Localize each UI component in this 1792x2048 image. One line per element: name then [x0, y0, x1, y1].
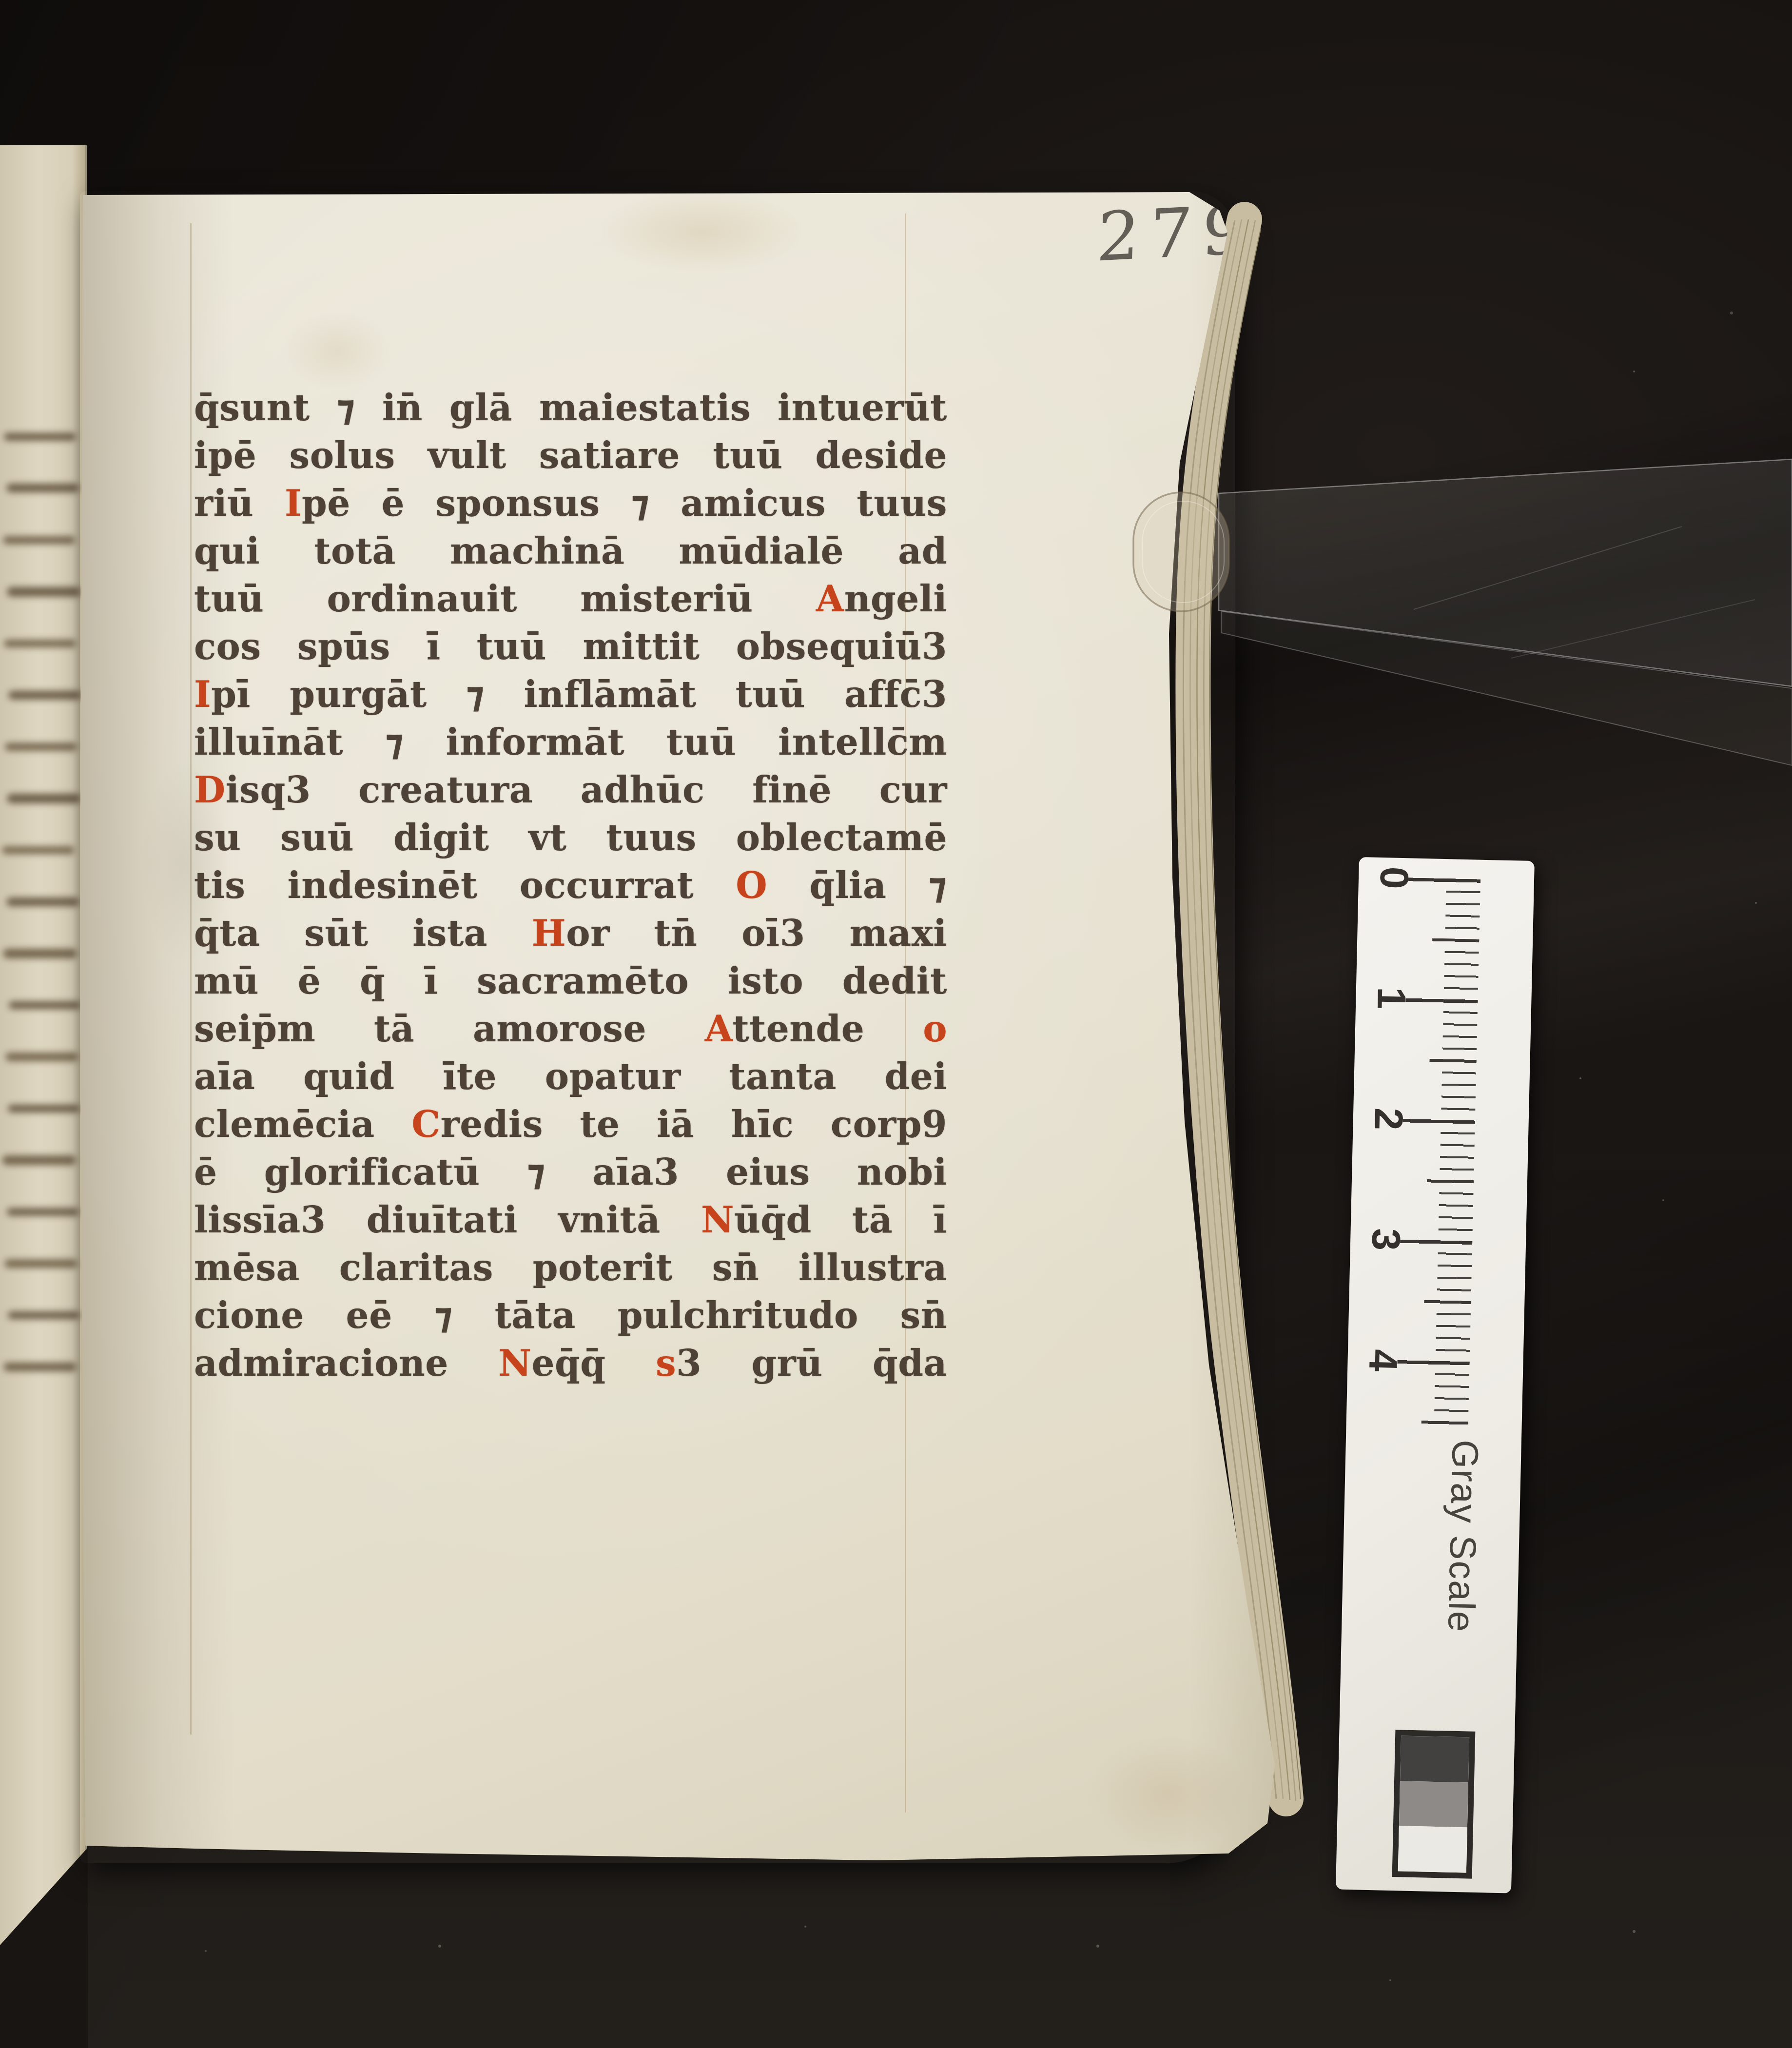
ink-text: lissīa3 diuītati vnitā	[194, 1199, 701, 1241]
manuscript-text-block: q̄sunt ⁊ in̄ glā maiestatis intuerūtipē …	[194, 384, 947, 1387]
gray-scale-label: Gray Scale	[1407, 1439, 1486, 1698]
ink-text: q̄lia ⁊	[767, 865, 947, 907]
ink-text: admiracione	[194, 1343, 498, 1385]
manuscript-line: riū Ipē ē sponsus ⁊ amicus tuus	[194, 480, 947, 527]
manuscript-line: Ipī purgāt ⁊ inflāmāt tuū affc̄3	[194, 671, 947, 719]
page-stain	[600, 190, 804, 273]
manuscript-line: qui totā machinā mūdialē ad	[194, 527, 947, 575]
ruler-number-0: 0	[1372, 856, 1416, 900]
ink-text: ttende	[732, 1008, 923, 1050]
rubricated-letter: A	[705, 1008, 733, 1050]
gray-patch-dark	[1400, 1736, 1469, 1782]
rubricated-letter: I	[285, 483, 302, 525]
gray-patch-mid	[1399, 1781, 1468, 1828]
ink-text: tis indesinēt occurrat	[194, 865, 736, 907]
rubricated-letter: s	[656, 1343, 676, 1385]
ink-text: mū ē q̄ ī sacramēto isto dedit	[194, 960, 947, 1002]
ink-text: ngeli	[844, 578, 947, 620]
rubricated-letter: A	[816, 578, 844, 620]
gray-scale-patches	[1392, 1730, 1476, 1879]
ink-text: isq3 creatura adhūc finē cur	[226, 769, 947, 811]
ink-text: riū	[194, 483, 285, 525]
ink-text: aīa quid īte opatur tanta dei	[194, 1056, 947, 1098]
ink-text: su suū digit vt tuus oblectamē	[194, 817, 947, 859]
ink-text: q̄sunt ⁊ in̄ glā maiestatis intuerūt	[194, 387, 947, 429]
ruler-number-2: 2	[1366, 1097, 1410, 1141]
ink-text: ipē solus vult satiare tuū deside	[194, 435, 947, 477]
manuscript-line: su suū digit vt tuus oblectamē	[194, 814, 947, 862]
ink-text: illuīnāt ⁊ informāt tuū intellc̄m	[194, 722, 947, 763]
page-stain	[283, 312, 390, 390]
ruler-card: 0 1 2 3 4 Gray Scale	[1336, 857, 1535, 1893]
ink-text: pē ē sponsus ⁊ amicus tuus	[302, 483, 947, 525]
ink-text: mēsa claritas poterit sn̄ illustra	[194, 1247, 947, 1289]
rubricated-letter: N	[701, 1199, 734, 1241]
manuscript-line: tis indesinēt occurrat O q̄lia ⁊	[194, 862, 947, 910]
photograph-scene: 279 q̄sunt ⁊ in̄ glā maiestatis intuerūt…	[0, 0, 1792, 2048]
ink-text: redis te iā hīc corp9	[441, 1104, 947, 1146]
manuscript-line: ē glorificatū ⁊ aīa3 eius nobi	[194, 1149, 947, 1196]
ink-text: ūq̄d tā ī	[734, 1199, 947, 1241]
manuscript-line: illuīnāt ⁊ informāt tuū intellc̄m	[194, 719, 947, 766]
rubricated-letter: N	[498, 1343, 531, 1385]
manuscript-line: cione eē ⁊ tāta pulchritudo sn̄	[194, 1292, 947, 1340]
rubricated-letter: C	[411, 1104, 440, 1146]
rubricated-letter: o	[923, 1008, 947, 1050]
manuscript-line: aīa quid īte opatur tanta dei	[194, 1053, 947, 1101]
ink-text: cione eē ⁊ tāta pulchritudo sn̄	[194, 1295, 947, 1337]
ink-text: cos spūs ī tuū mittit obsequiū3	[194, 626, 947, 668]
ink-text: tuū ordinauit misteriū	[194, 578, 816, 620]
ruler-number-3: 3	[1363, 1217, 1407, 1261]
manuscript-line: admiracione Neq̄q̄ s3 grū q̄da	[194, 1340, 947, 1387]
manuscript-line: ipē solus vult satiare tuū deside	[194, 432, 947, 480]
manuscript-line: mēsa claritas poterit sn̄ illustra	[194, 1244, 947, 1292]
rubricated-letter: H	[532, 913, 566, 955]
ruler-number-4: 4	[1361, 1338, 1405, 1382]
manuscript-line: seip̄m tā amorose Attende o	[194, 1005, 947, 1053]
manuscript-line: cos spūs ī tuū mittit obsequiū3	[194, 623, 947, 671]
ink-text: or tn̄ oī3 maxi	[566, 913, 947, 955]
manuscript-line: lissīa3 diuītati vnitā Nūq̄d tā ī	[194, 1196, 947, 1244]
manuscript-line: q̄ta sūt ista Hor tn̄ oī3 maxi	[194, 910, 947, 957]
manuscript-line: q̄sunt ⁊ in̄ glā maiestatis intuerūt	[194, 384, 947, 432]
dust-specks	[1579, 1077, 1581, 1079]
rubricated-letter: O	[736, 865, 767, 907]
manuscript-line: tuū ordinauit misteriū Angeli	[194, 575, 947, 623]
ink-text: ē glorificatū ⁊ aīa3 eius nobi	[194, 1151, 947, 1193]
ink-text: 3 grū q̄da	[676, 1343, 947, 1385]
ink-text: clemēcia	[194, 1104, 411, 1146]
gray-patch-white	[1398, 1826, 1467, 1873]
rubricated-letter: I	[194, 674, 211, 716]
rubricated-letter: D	[194, 769, 226, 811]
ink-text: eq̄q̄	[532, 1343, 656, 1385]
manuscript-page: 279 q̄sunt ⁊ in̄ glā maiestatis intuerūt…	[73, 185, 1292, 1882]
ink-text: qui totā machinā mūdialē ad	[194, 530, 947, 572]
ruler-number-1: 1	[1369, 976, 1413, 1020]
ruling-line-left	[190, 223, 192, 1735]
manuscript-line: clemēcia Credis te iā hīc corp9	[194, 1101, 947, 1149]
ink-text: pī purgāt ⁊ inflāmāt tuū affc̄3	[211, 674, 947, 716]
ink-text: q̄ta sūt ista	[194, 913, 532, 955]
manuscript-line: mū ē q̄ ī sacramēto isto dedit	[194, 957, 947, 1005]
manuscript-line: Disq3 creatura adhūc finē cur	[194, 766, 947, 814]
ink-text: seip̄m tā amorose	[194, 1008, 705, 1050]
